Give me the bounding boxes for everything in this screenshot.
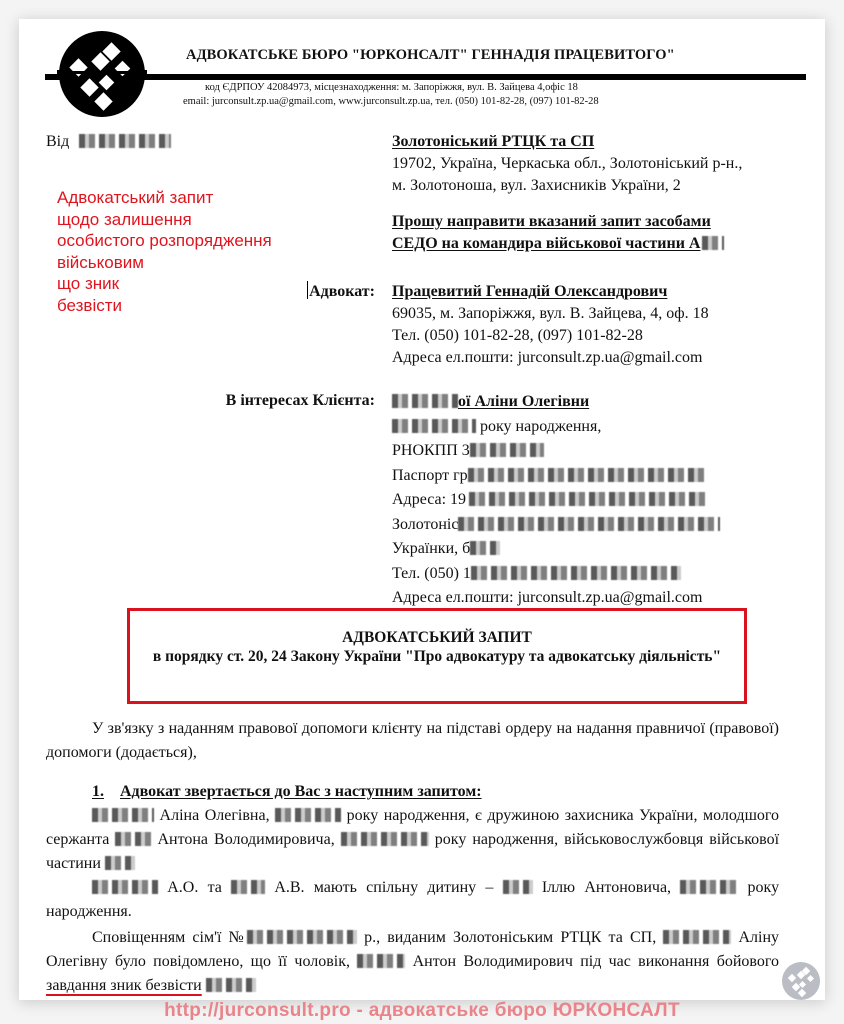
highlighted-missing-phrase: завдання зник безвісти	[46, 977, 202, 994]
client-email: Адреса ел.пошти: jurconsult.zp.ua@gmail.…	[392, 586, 720, 611]
paragraph-1: Аліна Олегівна, року народження, є дружи…	[46, 804, 779, 876]
client-passport: Паспорт гр	[392, 464, 720, 489]
paragraph-3: Сповіщенням сім'ї № р., виданим Золотоні…	[46, 926, 779, 998]
document-page: АДВОКАТСЬКЕ БЮРО "ЮРКОНСАЛТ" ГЕННАДІЯ ПР…	[19, 19, 825, 1000]
lawyer-email: Адреса ел.пошти: jurconsult.zp.ua@gmail.…	[392, 347, 709, 369]
redacted-passport	[468, 468, 708, 482]
client-address3-text: Українки, б	[392, 540, 470, 557]
puzzle-globe-watermark-icon	[781, 961, 821, 1000]
request-title-box: АДВОКАТСЬКИЙ ЗАПИТ в порядку ст. 20, 24 …	[127, 608, 747, 704]
client-address-3: Українки, б	[392, 537, 720, 562]
client-phone: Тел. (050) 1	[392, 562, 720, 587]
p3-text-a: Сповіщенням сім'ї №	[92, 929, 247, 946]
lawyer-label-text: Адвокат:	[309, 283, 375, 300]
annotation-title: Адвокатський запит щодо залишення особис…	[57, 187, 272, 316]
footer-watermark-link[interactable]: http://jurconsult.pro - адвокатське бюро…	[0, 1000, 844, 1022]
p2-text-b: А.В. мають спільну дитину –	[274, 879, 493, 896]
p1-text-a: Аліна Олегівна,	[160, 807, 270, 824]
annotation-line: військовим	[57, 252, 272, 274]
client-rnokpp-text: РНОКПП 3	[392, 442, 470, 459]
firm-registration-line: код ЄДРПОУ 42084973, місцезнаходження: м…	[205, 82, 578, 93]
recipient-address-2: м. Золотоноша, вул. Захисників України, …	[392, 175, 742, 197]
client-phone-text: Тел. (050) 1	[392, 565, 471, 582]
recipient-block: Золотоніський РТЦК та СП 19702, Україна,…	[392, 131, 742, 255]
client-birth: року народження,	[392, 415, 720, 440]
text-cursor	[307, 281, 309, 299]
section-title: Адвокат звертається до Вас з наступним з…	[120, 783, 482, 800]
redacted-birthdate	[341, 832, 429, 846]
redacted-birthdate	[392, 419, 476, 433]
client-label: В інтересах Клієнта:	[169, 390, 375, 412]
redacted-date	[206, 978, 256, 992]
annotation-line: особистого розпорядження	[57, 230, 272, 252]
recipient-address-1: 19702, Україна, Черкаська обл., Золотоні…	[392, 153, 742, 175]
client-block: ої Аліни Олегівни року народження, РНОКП…	[392, 390, 720, 611]
redacted-address-2	[458, 517, 720, 531]
p1-text-c: Антона Володимировича,	[157, 831, 334, 848]
forwarding-request-1: Прошу направити вказаний запит засобами	[392, 211, 742, 233]
p3-text-b: р., виданим Золотоніським РТЦК та СП,	[364, 929, 656, 946]
p2-text-a: А.О. та	[167, 879, 222, 896]
section-1-heading: 1. Адвокат звертається до Вас з наступни…	[92, 781, 482, 803]
lawyer-block: Працевитий Геннадій Олександрович 69035,…	[392, 281, 709, 369]
redacted-surname	[357, 954, 405, 968]
redacted-surname	[231, 880, 265, 894]
annotation-line: що зник	[57, 273, 272, 295]
redacted-surname	[663, 930, 731, 944]
annotation-line: Адвокатський запит	[57, 187, 272, 209]
redacted-surname	[503, 880, 533, 894]
client-rnokpp: РНОКПП 3	[392, 439, 720, 464]
redacted-address	[469, 492, 709, 506]
lawyer-name: Працевитий Геннадій Олександрович	[392, 281, 709, 303]
lawyer-phone: Тел. (050) 101-82-28, (097) 101-82-28	[392, 325, 709, 347]
p2-text-c: Іллю Антоновича,	[542, 879, 671, 896]
forwarding-request-2: СЕДО на командира військової частини А	[392, 233, 742, 255]
recipient-name: Золотоніський РТЦК та СП	[392, 131, 742, 153]
p3-text-d: Антон Володимирович під час виконання бо…	[413, 953, 779, 970]
redacted-phone	[471, 566, 681, 580]
redacted-birthdate	[680, 880, 738, 894]
client-address: Адреса: 19	[392, 488, 720, 513]
client-address2-text: Золотоніс	[392, 516, 458, 533]
letterhead-rule	[45, 74, 806, 80]
redacted-address-3	[470, 541, 500, 555]
redacted-surname	[392, 394, 458, 408]
annotation-line: щодо залишення	[57, 209, 272, 231]
annotation-line: безвісти	[57, 295, 272, 317]
intro-paragraph: У зв'язку з наданням правової допомоги к…	[46, 717, 779, 765]
request-title: АДВОКАТСЬКИЙ ЗАПИТ	[130, 629, 744, 647]
redacted-surname	[92, 808, 154, 822]
redacted-surname	[92, 880, 158, 894]
lawyer-label: Адвокат:	[269, 281, 375, 303]
client-address-2: Золотоніс	[392, 513, 720, 538]
puzzle-globe-logo-icon	[57, 29, 147, 119]
redacted-notice-number	[247, 930, 357, 944]
client-name: ої Аліни Олегівни	[392, 390, 720, 415]
redacted-birthdate	[275, 808, 341, 822]
from-line: Від	[46, 131, 171, 153]
redacted-unit	[105, 856, 135, 870]
from-label: Від	[46, 133, 69, 150]
paragraph-2: А.О. та А.В. мають спільну дитину – Іллю…	[46, 876, 779, 924]
client-address-text: Адреса: 19	[392, 491, 466, 508]
firm-name: АДВОКАТСЬКЕ БЮРО "ЮРКОНСАЛТ" ГЕННАДІЯ ПР…	[186, 47, 675, 64]
request-subtitle: в порядку ст. 20, 24 Закону України "Про…	[130, 647, 744, 667]
client-passport-text: Паспорт гр	[392, 467, 468, 484]
lawyer-address: 69035, м. Запоріжжя, вул. В. Зайцева, 4,…	[392, 303, 709, 325]
redacted-unit	[702, 236, 724, 250]
forwarding-request-text: СЕДО на командира військової частини А	[392, 235, 700, 252]
section-number: 1.	[92, 783, 104, 800]
redacted-sender	[79, 134, 171, 148]
redacted-rnokpp	[470, 443, 544, 457]
redacted-surname	[115, 832, 151, 846]
client-name-suffix: ої Аліни Олегівни	[458, 393, 589, 410]
client-birth-text: року народження,	[480, 418, 601, 435]
firm-contacts-line: email: jurconsult.zp.ua@gmail.com, www.j…	[183, 96, 599, 107]
